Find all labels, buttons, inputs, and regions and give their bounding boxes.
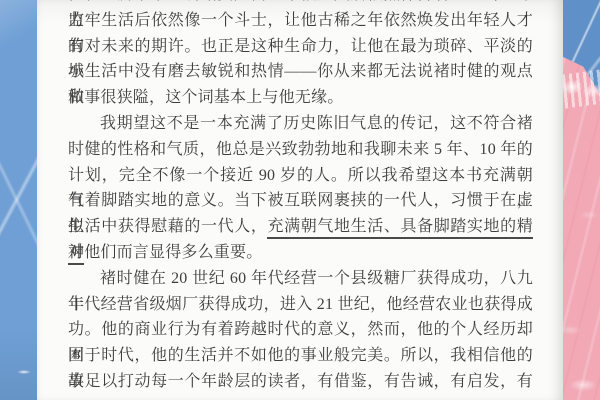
book-page: 他在经历了事业坍塌女儿离世牢狱之灾后依然保持着旺盛的生命力 监牢生活后依然像一个… bbox=[37, 0, 563, 400]
text-line: 有着脚踏实地的意义。当下被互联网裹挟的一代人，习惯于在虚拟 bbox=[68, 188, 533, 214]
left-canvas-strip bbox=[0, 0, 37, 400]
book-page-photo: 他在经历了事业坍塌女儿离世牢狱之灾后依然保持着旺盛的生命力 监牢生活后依然像一个… bbox=[0, 0, 600, 400]
text-line: 功。他的商业行为有着跨越时代的意义，然而，他的个人经历却困 bbox=[68, 317, 533, 343]
white-paint-smear bbox=[563, 69, 600, 110]
text-line: 计划，完全不像一个接近 90 岁的人。所以我希望这本书充满朝气， bbox=[68, 163, 533, 189]
cropped-illegible-line: 他在经历了事业坍塌女儿离世牢狱之灾后依然保持着旺盛的生命力 bbox=[68, 0, 533, 8]
text-line: 做事很狭隘，这个词基本上与他无缘。 bbox=[68, 85, 533, 111]
text-line: 时健的性格和气质，他总是兴致勃勃地和我聊未来 5 年、10 年的 bbox=[68, 137, 533, 163]
text-line-with-underline: 生活中获得慰藉的一代人，充满朝气地生活、具备脚踏实地的精神 bbox=[68, 214, 533, 240]
text-segment: 生活中获得慰藉的一代人， bbox=[68, 218, 267, 235]
text-line: 对他们而言显得多么重要。 bbox=[68, 240, 533, 266]
text-line: 事足以打动每一个年龄层的读者，有借鉴，有告诫，有启发，有 bbox=[68, 369, 533, 395]
text-line-paragraph-start: 褚时健在 20 世纪 60 年代经营一个县级糖厂获得成功，八九十 bbox=[68, 266, 533, 292]
text-line: 年代经营省级烟厂获得成功，进入 21 世纪，他经营农业也获得成 bbox=[68, 292, 533, 318]
text-line: 的对未来的期许。也正是这种生命力，让他在最为琐碎、平淡的小 bbox=[68, 34, 533, 60]
text-line: 城生活中没有磨去敏锐和热情——你从来都无法说褚时健的观点和 bbox=[68, 59, 533, 85]
right-canvas-strip bbox=[563, 0, 600, 400]
page-text: 他在经历了事业坍塌女儿离世牢狱之灾后依然保持着旺盛的生命力 监牢生活后依然像一个… bbox=[68, 0, 533, 395]
text-line: 囿于时代，他的生活并不如他的事业般完美。所以，我相信他的故 bbox=[68, 343, 533, 369]
text-line-paragraph-start: 我期望这不是一本充满了历史陈旧气息的传记，这不符合褚 bbox=[68, 111, 533, 137]
text-line: 监牢生活后依然像一个斗士，让他古稀之年依然焕发出年轻人才有 bbox=[68, 8, 533, 34]
